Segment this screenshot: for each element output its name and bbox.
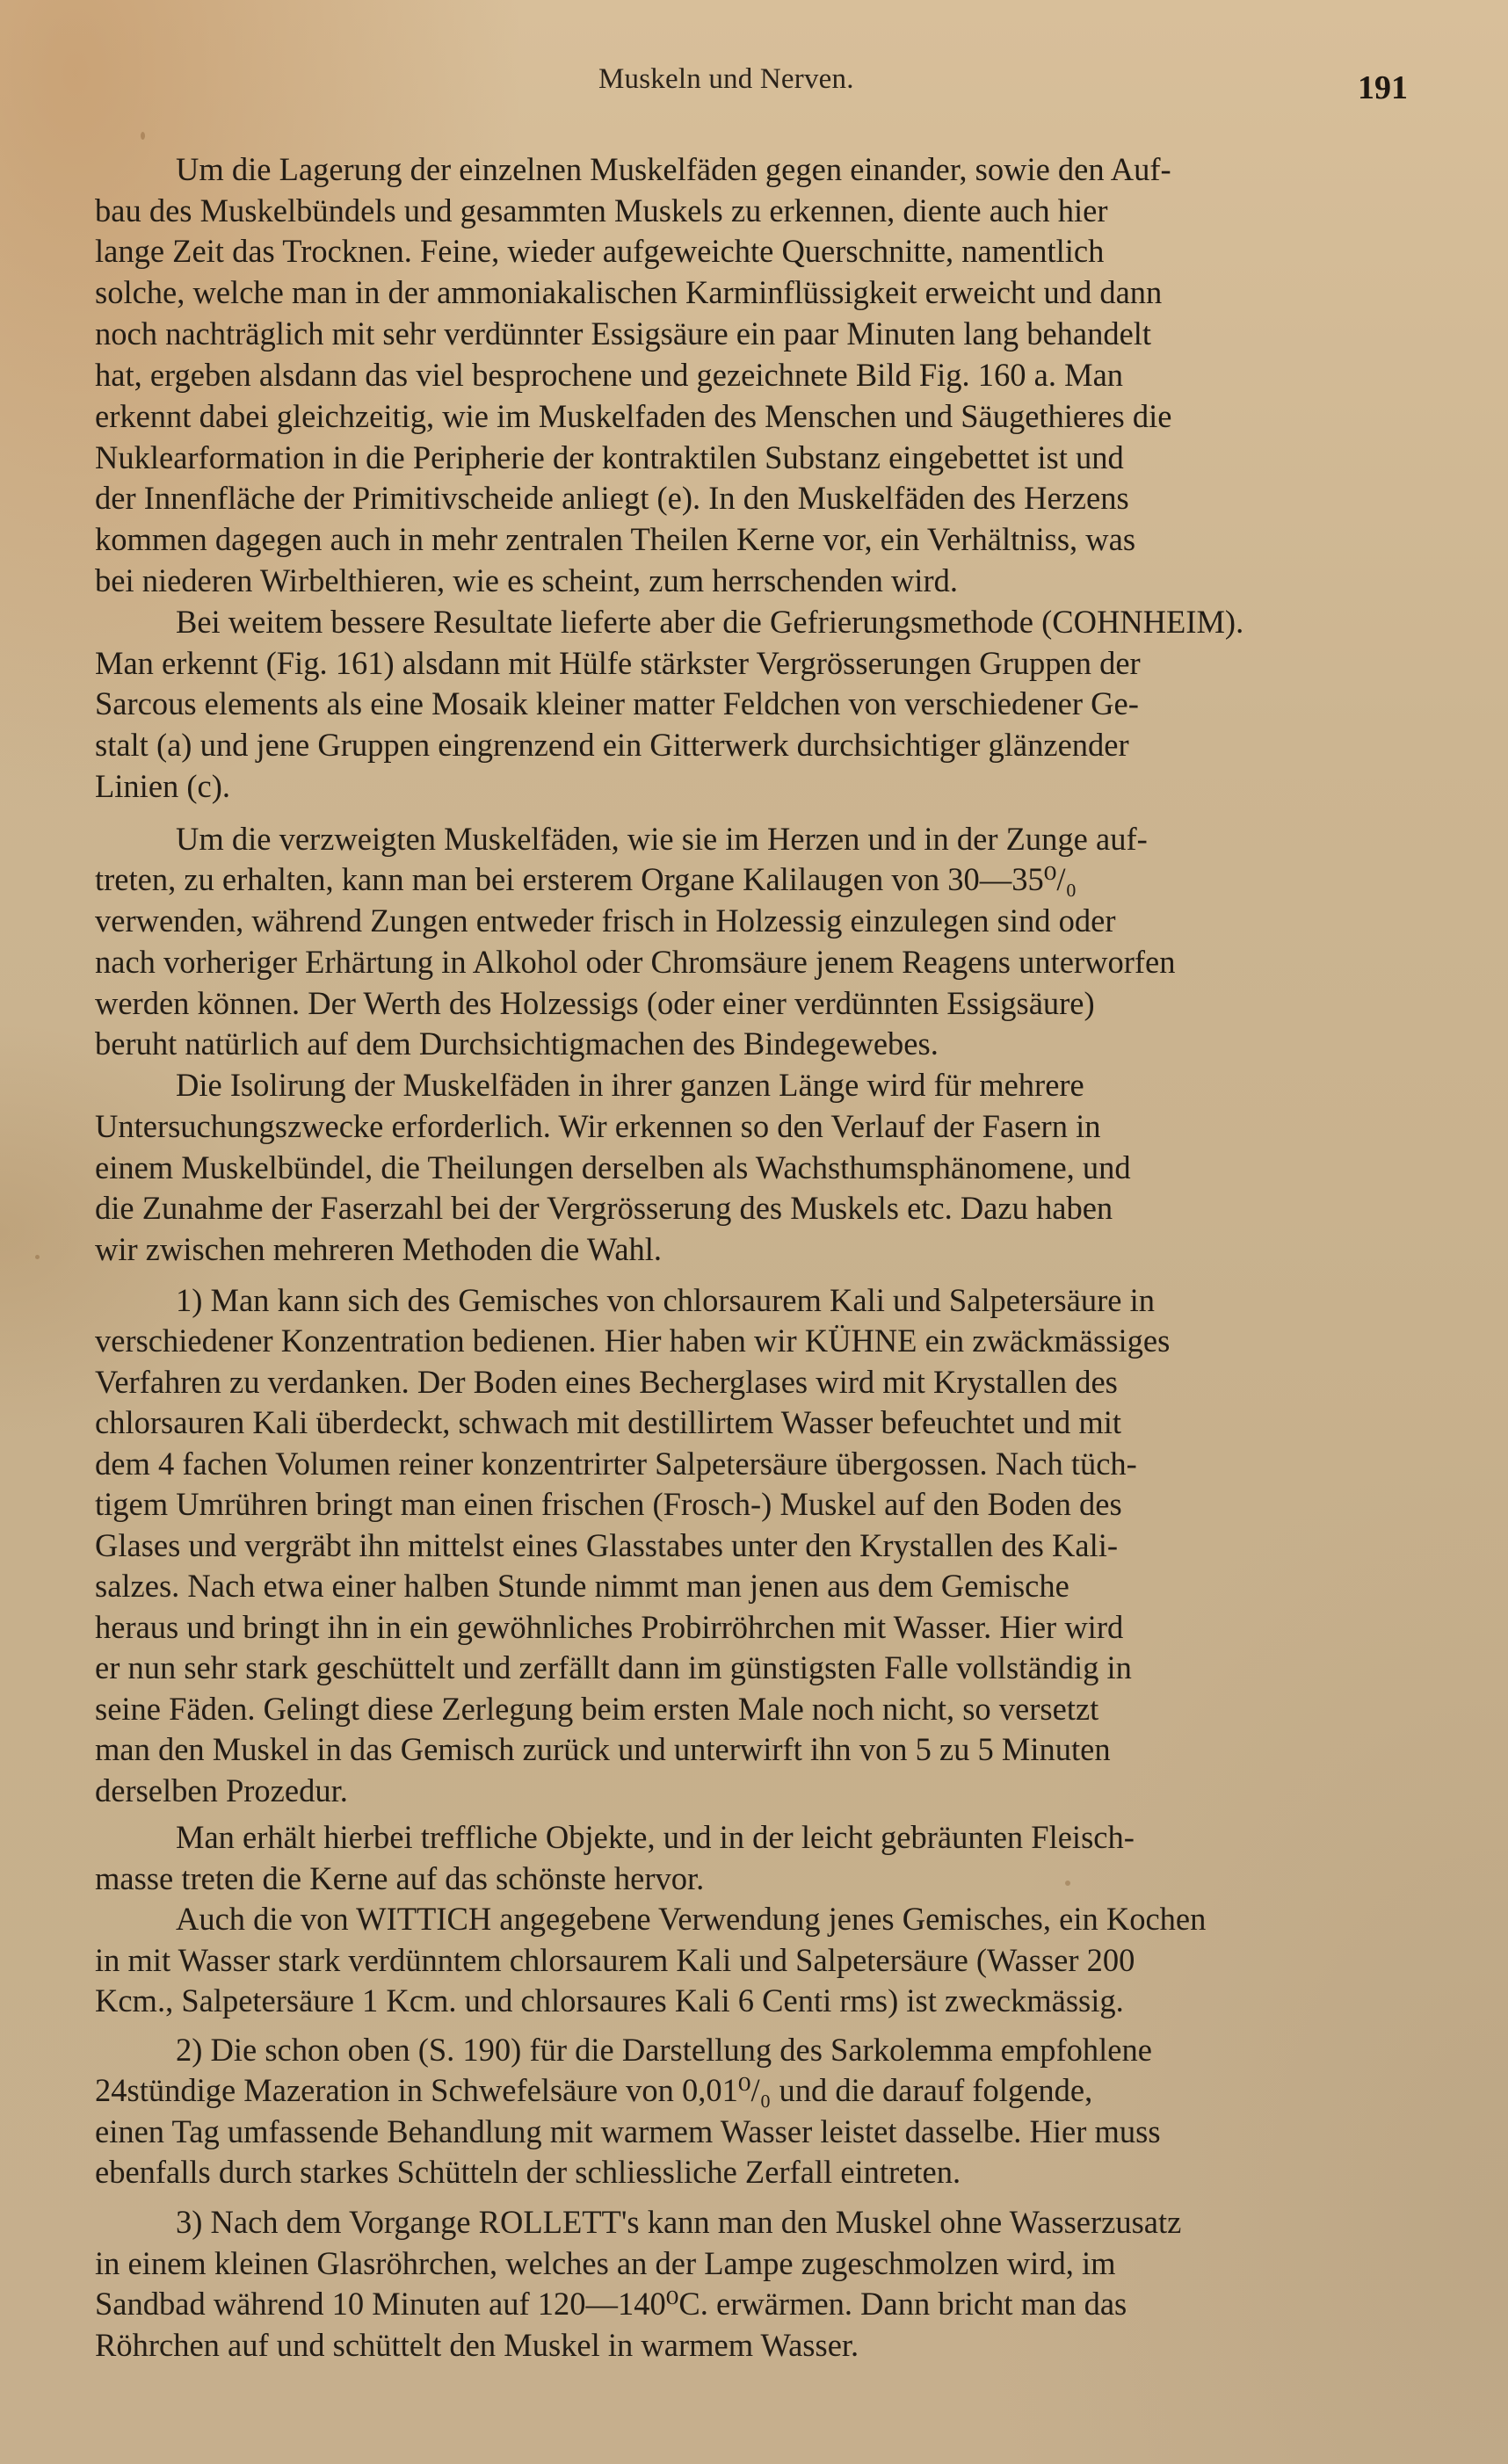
text-line: in einem kleinen Glasröhrchen, welches a…: [95, 2243, 1410, 2284]
text-line: 1) Man kann sich des Gemisches von chlor…: [176, 1280, 1410, 1321]
text-line: Kcm., Salpetersäure 1 Kcm. und chlorsaur…: [95, 1981, 1410, 2021]
text-line: kommen dagegen auch in mehr zentralen Th…: [95, 519, 1410, 560]
text-line: der Innenfläche der Primitivscheide anli…: [95, 478, 1410, 518]
text-line: dem 4 fachen Volumen reiner konzentrirte…: [95, 1444, 1410, 1484]
text-line: die Zunahme der Faserzahl bei der Vergrö…: [95, 1188, 1410, 1228]
text-line: erkennt dabei gleichzeitig, wie im Muske…: [95, 396, 1410, 437]
text-line: werden können. Der Werth des Holzessigs …: [95, 983, 1410, 1024]
text-line: Verfahren zu verdanken. Der Boden eines …: [95, 1362, 1410, 1402]
text-line: Bei weitem bessere Resultate lieferte ab…: [176, 602, 1410, 642]
text-line: seine Fäden. Gelingt diese Zerlegung bei…: [95, 1689, 1410, 1729]
text-line: verschiedener Konzentration bedienen. Hi…: [95, 1321, 1410, 1361]
text-line: Nuklearformation in die Peripherie der k…: [95, 438, 1410, 478]
text-line: salzes. Nach etwa einer halben Stunde ni…: [95, 1566, 1410, 1606]
paper-blemish: [141, 132, 145, 140]
text-line: Um die Lagerung der einzelnen Muskelfäde…: [176, 149, 1410, 190]
text-line: beruht natürlich auf dem Durchsichtigmac…: [95, 1024, 1410, 1064]
text-line: chlorsauren Kali überdeckt, schwach mit …: [95, 1402, 1410, 1443]
text-line: man den Muskel in das Gemisch zurück und…: [95, 1729, 1410, 1770]
paper-blemish: [35, 1255, 40, 1259]
text-line: bau des Muskelbündels und gesammten Musk…: [95, 191, 1410, 231]
text-line: noch nachträglich mit sehr verdünnter Es…: [95, 314, 1410, 354]
text-line: er nun sehr stark geschüttelt und zerfäl…: [95, 1648, 1410, 1688]
body-text: Um die Lagerung der einzelnen Muskelfäde…: [0, 0, 1508, 2464]
text-line: Man erhält hierbei treffliche Objekte, u…: [176, 1817, 1410, 1858]
text-line: Sarcous elements als eine Mosaik kleiner…: [95, 684, 1410, 724]
text-line: hat, ergeben alsdann das viel besprochen…: [95, 355, 1410, 395]
text-line: Sandbad während 10 Minuten auf 120—140⁰C…: [95, 2284, 1410, 2324]
text-line: ebenfalls durch starkes Schütteln der sc…: [95, 2152, 1410, 2192]
text-line: 24stündige Mazeration in Schwefelsäure v…: [95, 2070, 1410, 2111]
paper-blemish: [1065, 1881, 1070, 1886]
text-line: Röhrchen auf und schüttelt den Muskel in…: [95, 2325, 1410, 2366]
text-line: verwenden, während Zungen entweder frisc…: [95, 901, 1410, 941]
text-line: 2) Die schon oben (S. 190) für die Darst…: [176, 2030, 1410, 2070]
text-line: treten, zu erhalten, kann man bei erster…: [95, 859, 1410, 900]
text-line: Auch die von WITTICH angegebene Verwendu…: [176, 1899, 1410, 1939]
text-line: 3) Nach dem Vorgange ROLLETT's kann man …: [176, 2202, 1410, 2243]
text-line: bei niederen Wirbelthieren, wie es schei…: [95, 561, 1410, 601]
text-line: Die Isolirung der Muskelfäden in ihrer g…: [176, 1065, 1410, 1105]
text-line: Linien (c).: [95, 766, 1410, 807]
text-line: in mit Wasser stark verdünntem chlorsaur…: [95, 1940, 1410, 1981]
text-line: heraus und bringt ihn in ein gewöhnliche…: [95, 1607, 1410, 1648]
text-line: masse treten die Kerne auf das schönste …: [95, 1859, 1410, 1899]
text-line: einen Tag umfassende Behandlung mit warm…: [95, 2112, 1410, 2152]
text-line: Untersuchungszwecke erforderlich. Wir er…: [95, 1106, 1410, 1147]
text-line: derselben Prozedur.: [95, 1771, 1410, 1811]
text-line: Man erkennt (Fig. 161) alsdann mit Hülfe…: [95, 643, 1410, 684]
text-line: tigem Umrühren bringt man einen frischen…: [95, 1484, 1410, 1525]
text-line: wir zwischen mehreren Methoden die Wahl.: [95, 1229, 1410, 1270]
text-line: nach vorheriger Erhärtung in Alkohol ode…: [95, 942, 1410, 982]
text-line: Glases und vergräbt ihn mittelst eines G…: [95, 1526, 1410, 1566]
text-line: stalt (a) und jene Gruppen eingrenzend e…: [95, 725, 1410, 765]
text-line: einem Muskelbündel, die Theilungen derse…: [95, 1148, 1410, 1188]
text-line: solche, welche man in der ammoniakalisch…: [95, 272, 1410, 313]
text-line: Um die verzweigten Muskelfäden, wie sie …: [176, 819, 1410, 859]
text-line: lange Zeit das Trocknen. Feine, wieder a…: [95, 231, 1410, 272]
